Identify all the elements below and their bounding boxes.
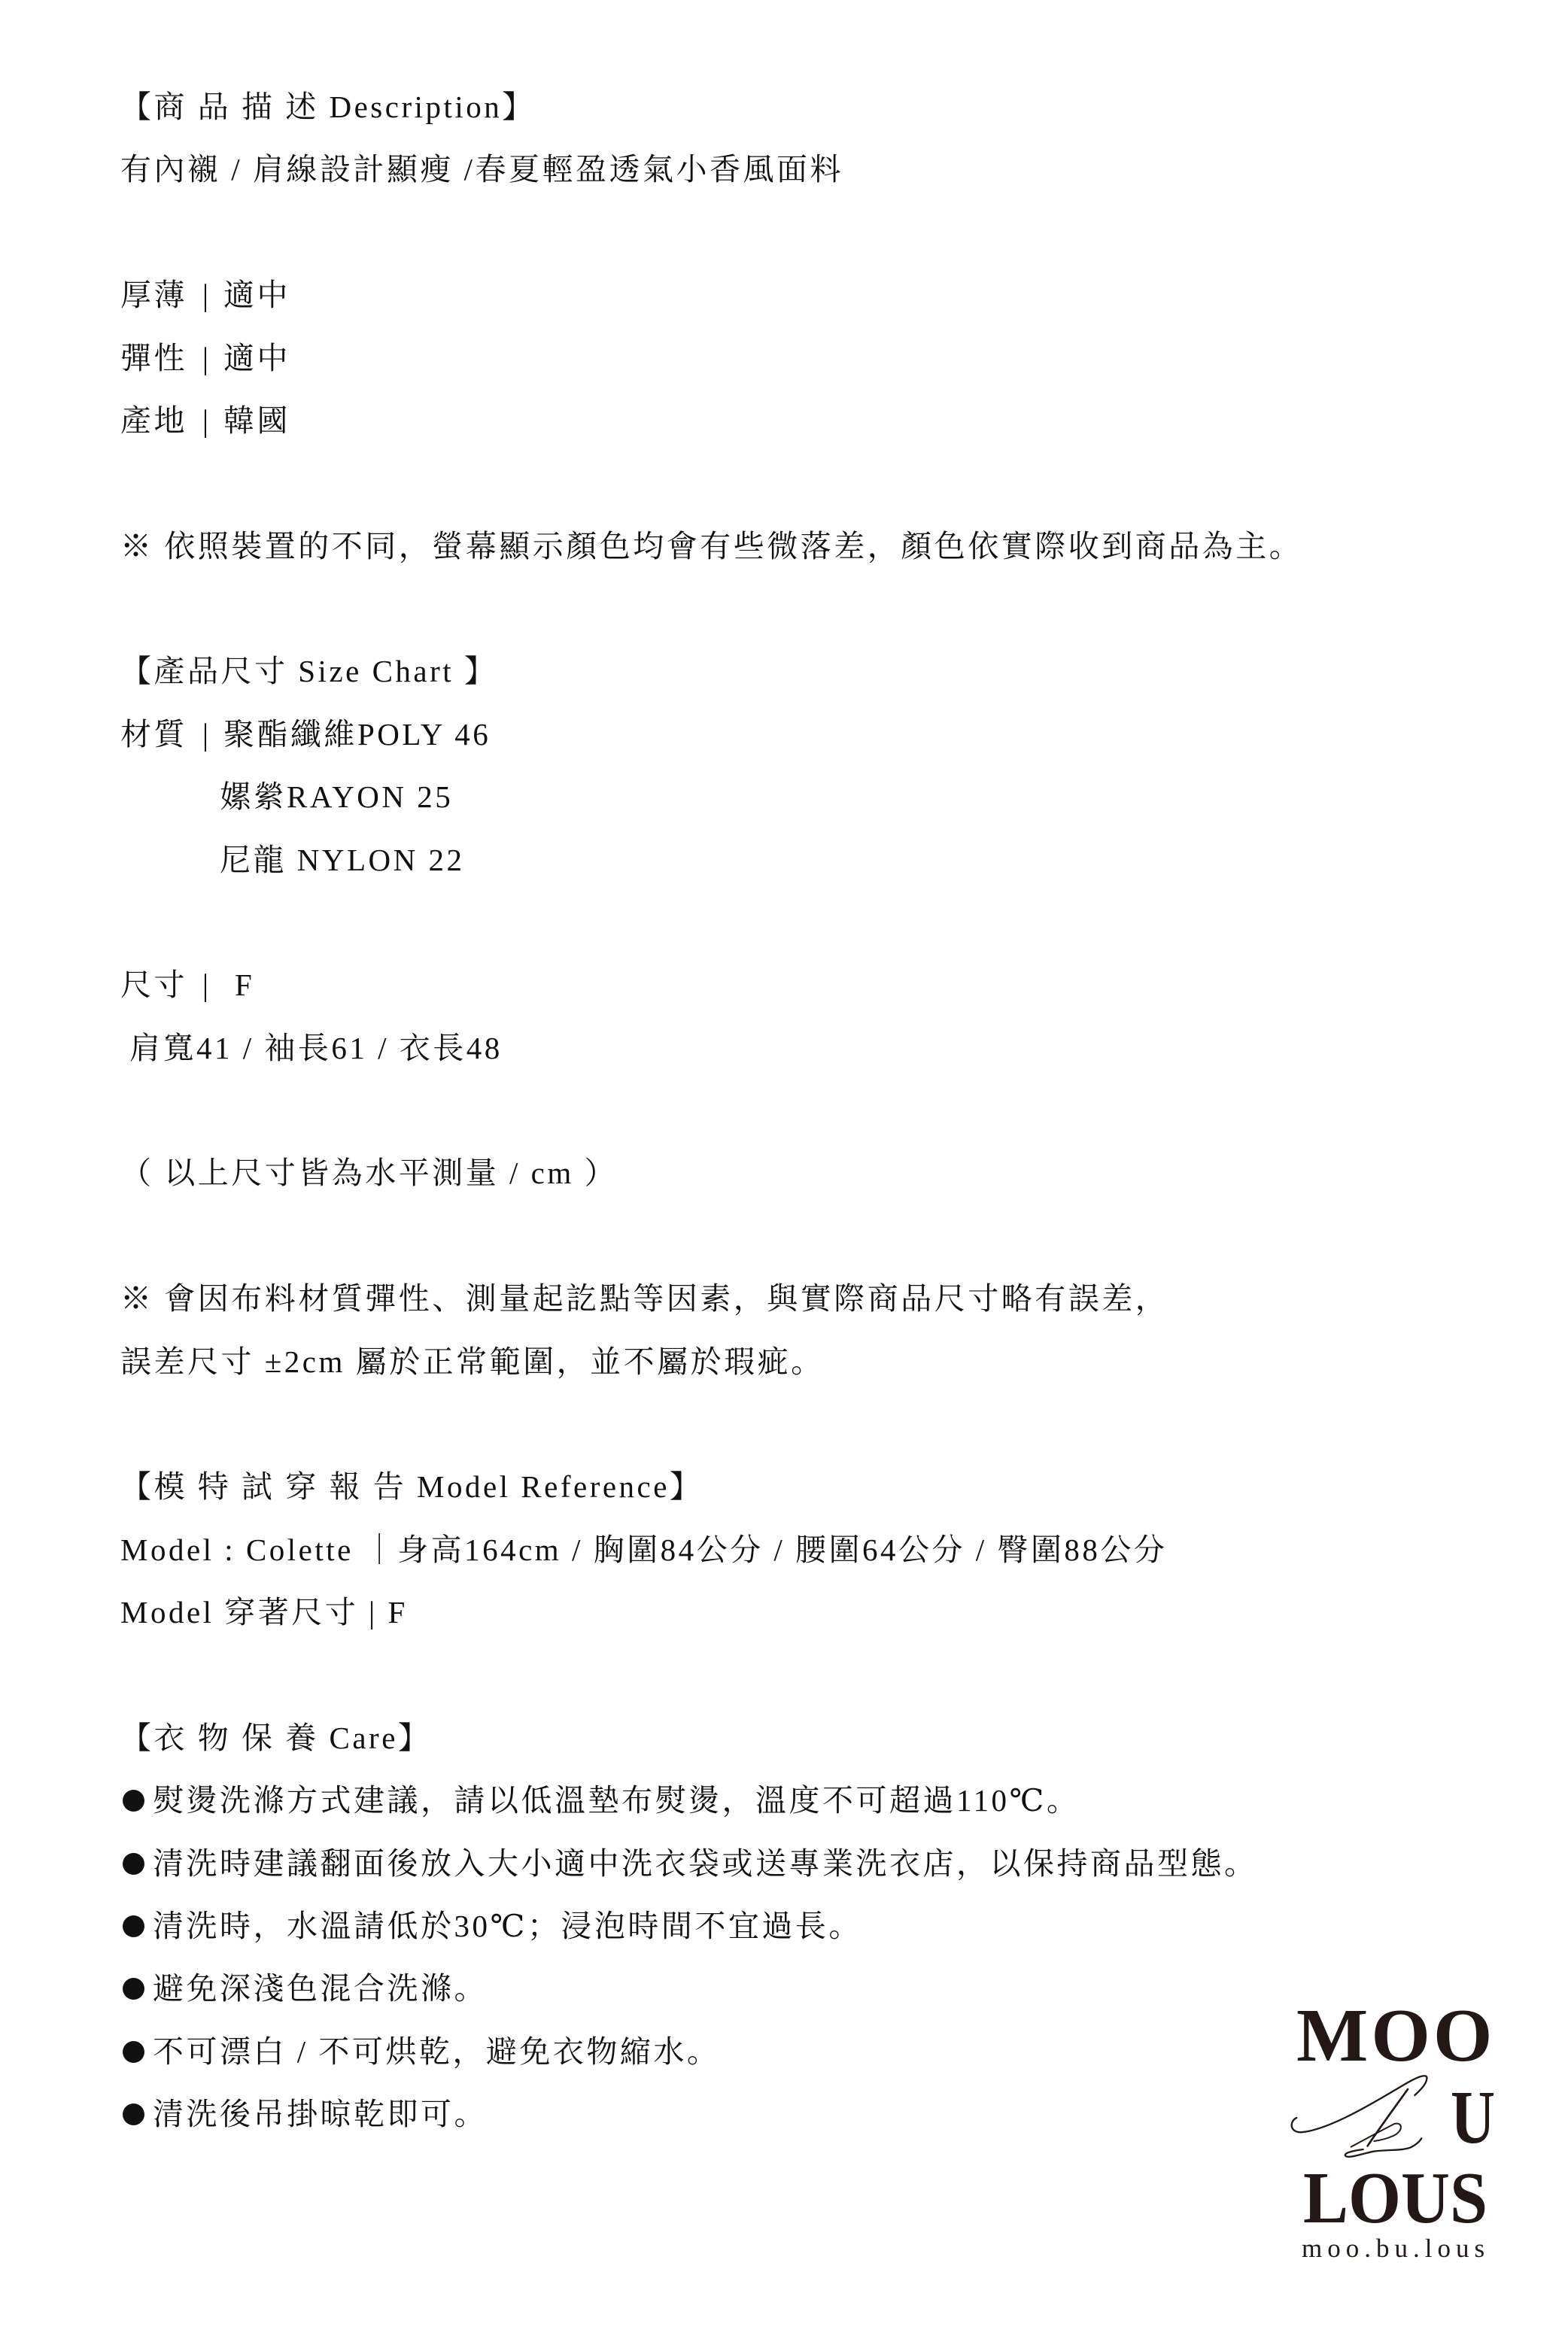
spacer bbox=[120, 578, 1302, 640]
attribute-separator: | bbox=[187, 390, 223, 452]
care-item: 清洗時，水溫請低於30℃；浸泡時間不宜過長。 bbox=[120, 1895, 1302, 1958]
tolerance-notice-text: 誤差尺寸 ±2cm 屬於正常範圍，並不屬於瑕疵。 bbox=[120, 1331, 825, 1393]
color-notice-text: ※ 依照裝置的不同，螢幕顯示顏色均會有些微落差，顏色依實際收到商品為主。 bbox=[120, 515, 1302, 578]
model-waist: 腰圍64公分 bbox=[795, 1519, 965, 1581]
description-heading-text: 【商 品 描 述 Description】 bbox=[120, 76, 536, 138]
spacer bbox=[120, 1393, 1302, 1456]
care-heading-text: 【衣 物 保 養 Care】 bbox=[120, 1707, 431, 1769]
model-reference-heading-text: 【模 特 試 穿 報 告 Model Reference】 bbox=[120, 1456, 703, 1518]
care-item-text: 清洗時建議翻面後放入大小適中洗衣袋或送專業洗衣店，以保持商品型態。 bbox=[153, 1833, 1258, 1895]
model-reference-heading: 【模 特 試 穿 報 告 Model Reference】 bbox=[120, 1456, 1302, 1518]
material-separator: | bbox=[187, 703, 223, 766]
model-hip: 臀圍88公分 bbox=[997, 1519, 1167, 1581]
material-item: 聚酯纖維POLY 46 bbox=[223, 703, 491, 766]
bullet-icon bbox=[123, 1853, 144, 1875]
model-stats-row: Model : Colette ｜ 身高164cm / 胸圍84公分 / 腰圍6… bbox=[120, 1519, 1302, 1581]
size-chart-heading: 【產品尺寸 Size Chart 】 bbox=[120, 640, 1302, 703]
size-row: 尺寸 | F bbox=[120, 954, 1302, 1016]
attribute-label: 產地 bbox=[120, 390, 187, 452]
bullet-icon bbox=[123, 1978, 144, 2000]
worn-size-value: F bbox=[388, 1581, 408, 1644]
model-divider: / bbox=[764, 1519, 795, 1581]
bullet-icon bbox=[123, 2041, 144, 2063]
size-label: 尺寸 bbox=[120, 954, 187, 1016]
size-chart-heading-text: 【產品尺寸 Size Chart 】 bbox=[120, 640, 497, 703]
model-divider: / bbox=[965, 1519, 997, 1581]
logo-tagline: moo.bu.lous bbox=[1302, 2235, 1490, 2261]
care-item: 不可漂白 / 不可烘乾，避免衣物縮水。 bbox=[120, 2021, 1302, 2083]
color-notice: ※ 依照裝置的不同，螢幕顯示顏色均會有些微落差，顏色依實際收到商品為主。 bbox=[120, 515, 1302, 578]
measurement-note-text: （ 以上尺寸皆為水平測量 / cm ） bbox=[120, 1142, 618, 1204]
measurements-text: 肩寬41 / 袖長61 / 衣長48 bbox=[129, 1017, 503, 1080]
attribute-value: 韓國 bbox=[223, 390, 290, 452]
bullet-icon bbox=[123, 1915, 144, 1937]
model-height: 身高164cm bbox=[397, 1519, 561, 1581]
attribute-separator: | bbox=[187, 264, 223, 327]
logo-word-moo: MOO bbox=[1296, 1997, 1495, 2073]
care-item: 避免深淺色混合洗滌。 bbox=[120, 1958, 1302, 2020]
spacer bbox=[120, 1080, 1302, 1142]
logo-script-bu-icon bbox=[1283, 2065, 1433, 2167]
description-heading: 【商 品 描 述 Description】 bbox=[120, 76, 1302, 138]
spacer bbox=[120, 1644, 1302, 1706]
attribute-separator: | bbox=[187, 327, 223, 390]
attribute-label: 彈性 bbox=[120, 327, 187, 390]
attribute-value: 適中 bbox=[223, 327, 290, 390]
worn-size-label: Model 穿著尺寸 bbox=[120, 1581, 358, 1644]
description-summary-text: 有內襯 / 肩線設計顯瘦 /春夏輕盈透氣小香風面料 bbox=[120, 138, 843, 201]
care-item-text: 清洗後吊掛晾乾即可。 bbox=[153, 2083, 488, 2146]
worn-size-separator: | bbox=[358, 1581, 387, 1644]
bullet-icon bbox=[123, 2103, 144, 2125]
attribute-label: 厚薄 bbox=[120, 264, 187, 327]
spacer bbox=[120, 202, 1302, 264]
material-item: 尼龍 NYLON 22 bbox=[220, 829, 464, 891]
attribute-row-thickness: 厚薄 | 適中 bbox=[120, 264, 1302, 327]
care-item-text: 清洗時，水溫請低於30℃；浸泡時間不宜過長。 bbox=[153, 1895, 862, 1958]
product-info-page: 【商 品 描 述 Description】 有內襯 / 肩線設計顯瘦 /春夏輕盈… bbox=[0, 0, 1568, 2351]
attribute-row-origin: 產地 | 韓國 bbox=[120, 390, 1302, 452]
spacer bbox=[120, 1205, 1302, 1268]
care-item-text: 不可漂白 / 不可烘乾，避免衣物縮水。 bbox=[153, 2021, 720, 2083]
logo-word-lous: LOUS bbox=[1303, 2161, 1487, 2235]
care-item-text: 熨燙洗滌方式建議，請以低溫墊布熨燙，溫度不可超過110℃。 bbox=[153, 1769, 1080, 1832]
model-name: Colette bbox=[246, 1519, 354, 1581]
care-item-text: 避免深淺色混合洗滌。 bbox=[153, 1958, 488, 2020]
logo-letter-u: U bbox=[1451, 2079, 1495, 2155]
tolerance-notice-text: ※ 會因布料材質彈性、測量起訖點等因素，與實際商品尺寸略有誤差， bbox=[120, 1268, 1168, 1330]
material-item: 嫘縈RAYON 25 bbox=[220, 766, 453, 828]
size-separator: | bbox=[187, 954, 223, 1016]
size-value: F bbox=[235, 954, 254, 1016]
description-summary: 有內襯 / 肩線設計顯瘦 /春夏輕盈透氣小香風面料 bbox=[120, 138, 1302, 201]
product-info-text: 【商 品 描 述 Description】 有內襯 / 肩線設計顯瘦 /春夏輕盈… bbox=[120, 76, 1302, 2146]
model-separator: ｜ bbox=[354, 1519, 397, 1581]
model-divider: / bbox=[561, 1519, 593, 1581]
model-label: Model : bbox=[120, 1519, 246, 1581]
material-row: 尼龍 NYLON 22 bbox=[120, 829, 1302, 891]
tolerance-notice: ※ 會因布料材質彈性、測量起訖點等因素，與實際商品尺寸略有誤差， bbox=[120, 1268, 1302, 1330]
spacer bbox=[120, 452, 1302, 515]
bullet-icon bbox=[123, 1790, 144, 1812]
care-item: 清洗時建議翻面後放入大小適中洗衣袋或送專業洗衣店，以保持商品型態。 bbox=[120, 1833, 1302, 1895]
care-item: 熨燙洗滌方式建議，請以低溫墊布熨燙，溫度不可超過110℃。 bbox=[120, 1769, 1302, 1832]
attribute-row-elasticity: 彈性 | 適中 bbox=[120, 327, 1302, 390]
care-heading: 【衣 物 保 養 Care】 bbox=[120, 1707, 1302, 1769]
measurements-row: 肩寬41 / 袖長61 / 衣長48 bbox=[120, 1017, 1302, 1080]
model-bust: 胸圍84公分 bbox=[594, 1519, 764, 1581]
spacer bbox=[120, 891, 1302, 954]
attribute-value: 適中 bbox=[223, 264, 290, 327]
material-label: 材質 bbox=[120, 703, 187, 766]
measurement-note: （ 以上尺寸皆為水平測量 / cm ） bbox=[120, 1142, 1302, 1204]
tolerance-notice: 誤差尺寸 ±2cm 屬於正常範圍，並不屬於瑕疵。 bbox=[120, 1331, 1302, 1393]
material-row: 材質 | 聚酯纖維POLY 46 bbox=[120, 703, 1302, 766]
material-row: 嫘縈RAYON 25 bbox=[120, 766, 1302, 828]
model-worn-size-row: Model 穿著尺寸 | F bbox=[120, 1581, 1302, 1644]
care-item: 清洗後吊掛晾乾即可。 bbox=[120, 2083, 1302, 2146]
